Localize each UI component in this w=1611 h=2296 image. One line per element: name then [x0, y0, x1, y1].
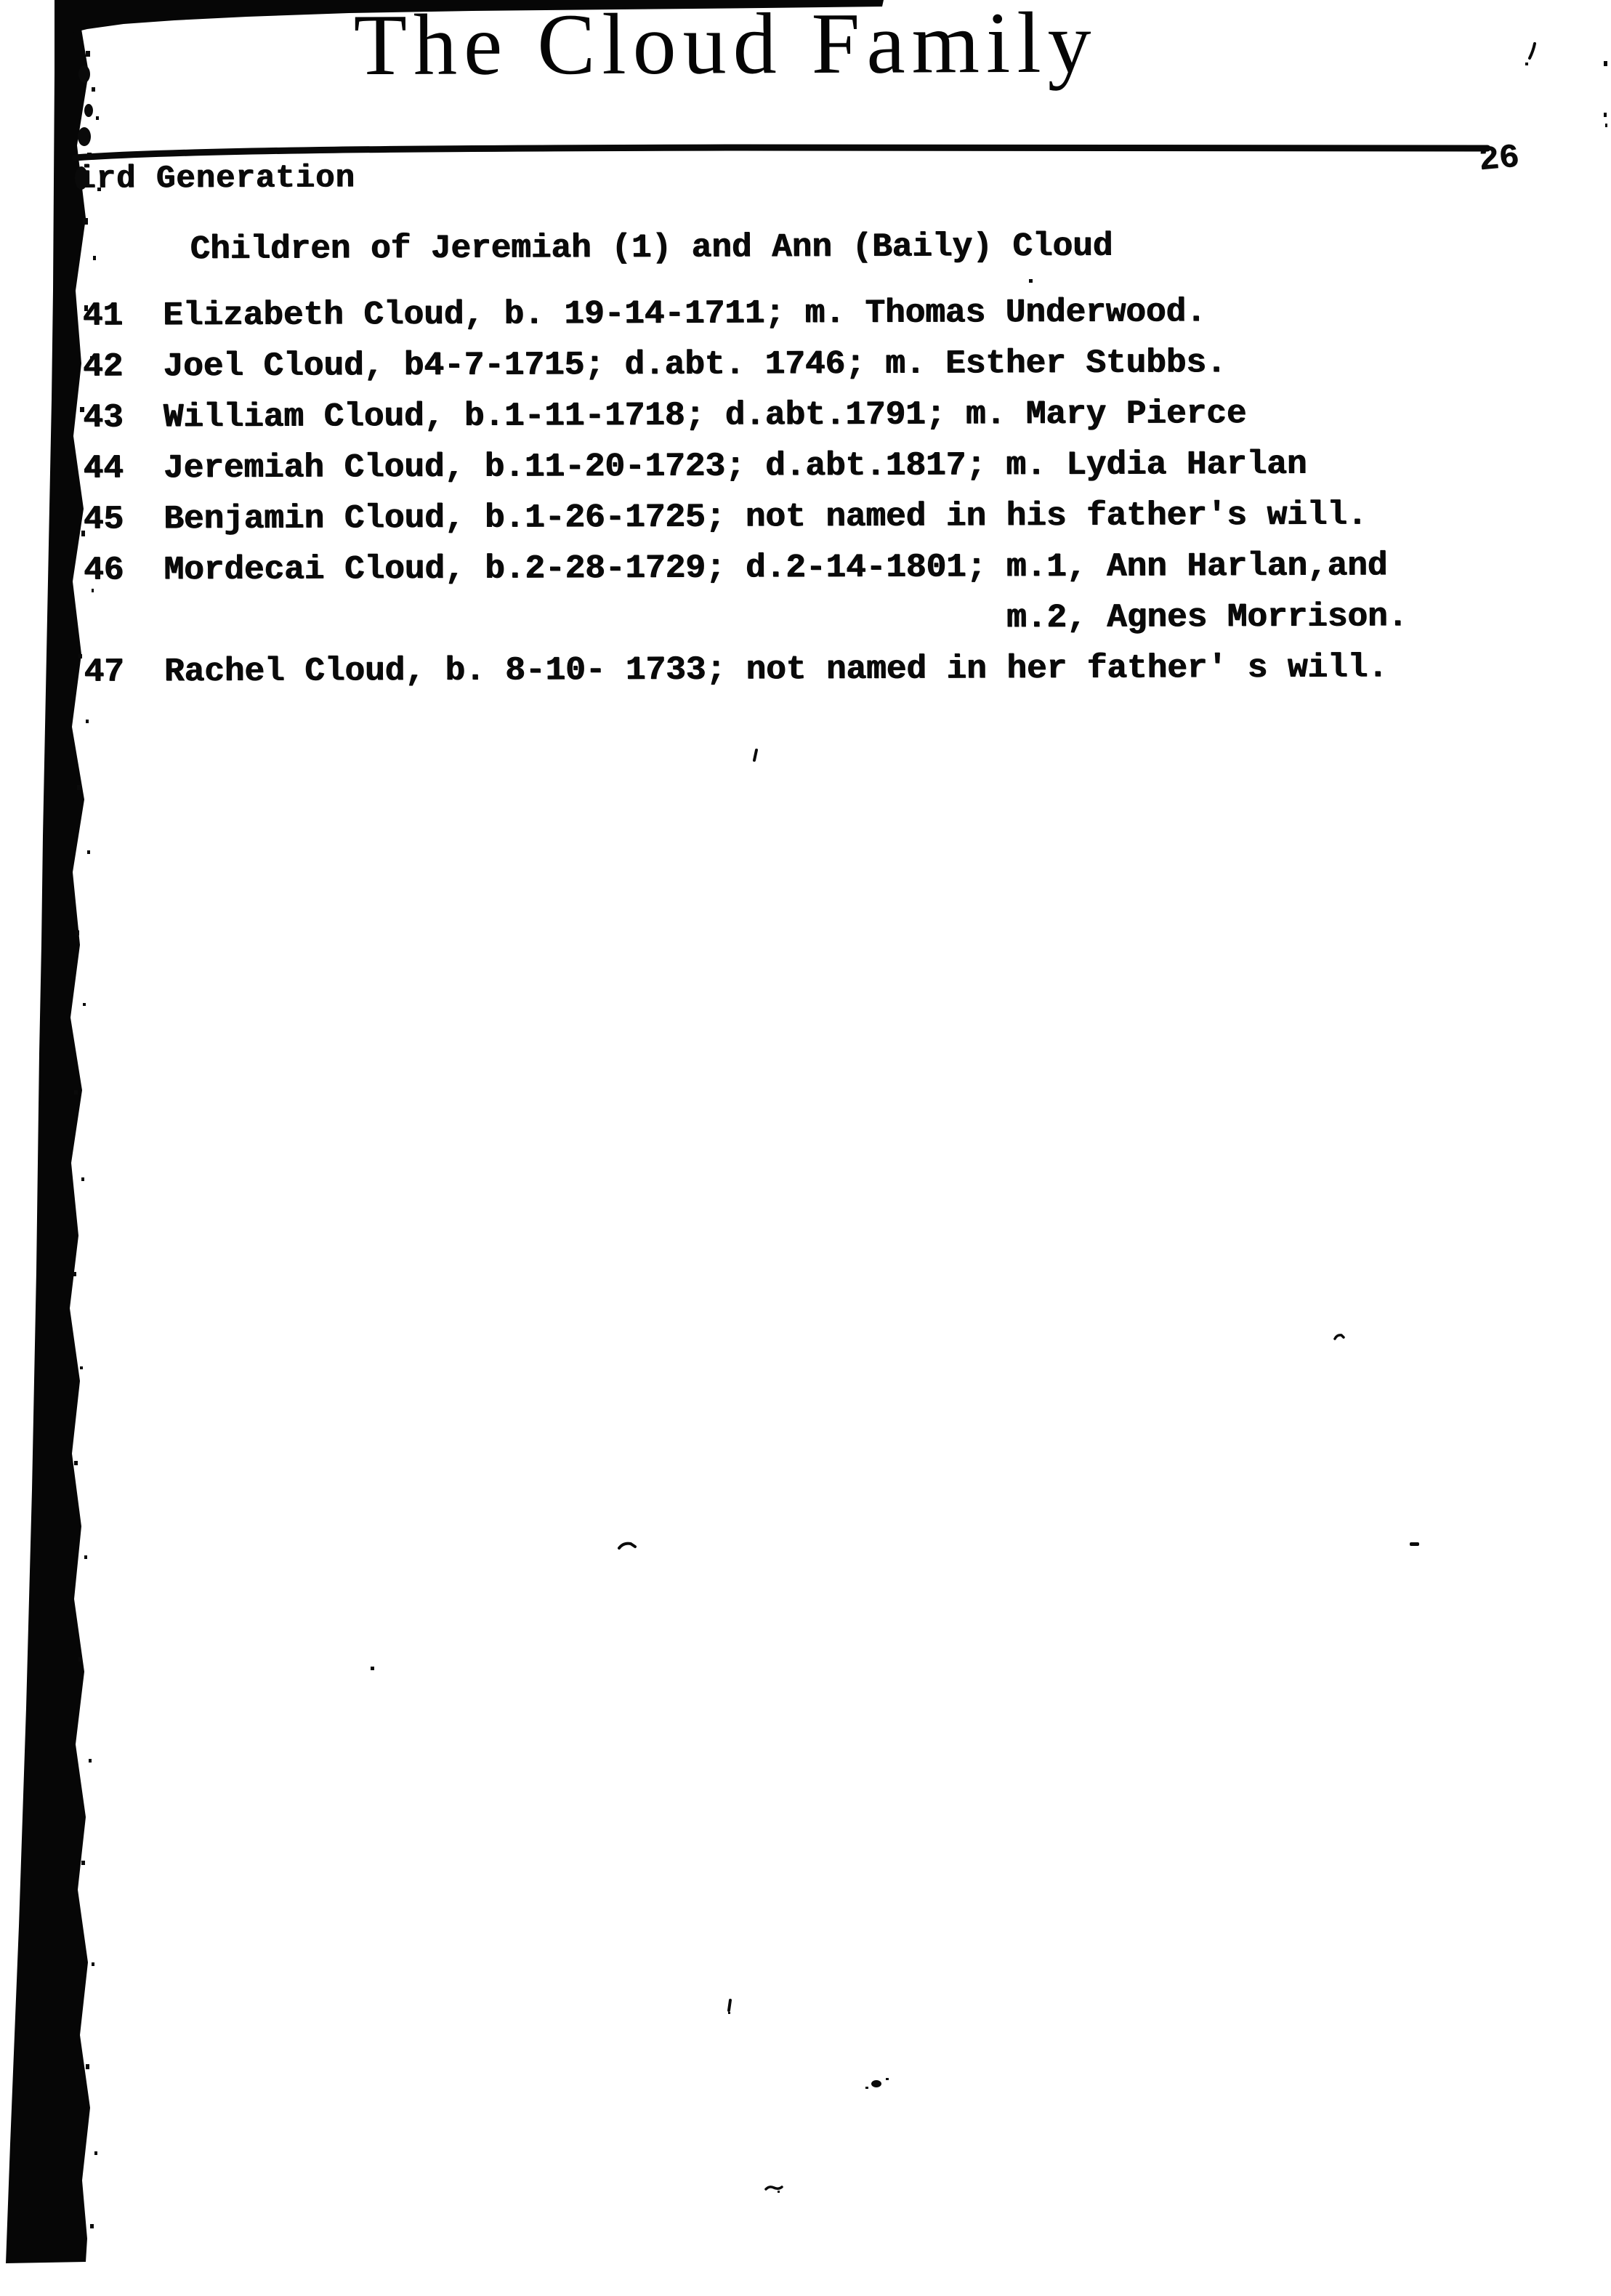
- entry-number: 42: [83, 341, 163, 392]
- entry-text: Rachel Cloud, b. 8-10- 1733; not named i…: [164, 648, 1388, 690]
- entry-text: Mordecai Cloud, b.2-28-1729; d.2-14-1801…: [164, 547, 1388, 589]
- entry-number: 43: [83, 392, 163, 443]
- entry-row: 47Rachel Cloud, b. 8-10- 1733; not named…: [84, 642, 1408, 697]
- entry-row: 41Elizabeth Cloud, b. 19-14-1711; m. Tho…: [83, 286, 1407, 341]
- entry-list: 41Elizabeth Cloud, b. 19-14-1711; m. Tho…: [83, 286, 1408, 697]
- entry-text: Jeremiah Cloud, b.11-20-1723; d.abt.1817…: [163, 446, 1307, 487]
- entry-row: 44Jeremiah Cloud, b.11-20-1723; d.abt.18…: [84, 438, 1408, 494]
- entry-row: 45Benjamin Cloud, b.1-26-1725; not named…: [84, 489, 1408, 544]
- entry-number: 47: [84, 646, 165, 697]
- entry-row: 46Mordecai Cloud, b.2-28-1729; d.2-14-18…: [84, 540, 1408, 595]
- entry-text: Joel Cloud, b4-7-1715; d.abt. 1746; m. E…: [163, 344, 1227, 385]
- entry-number: 41: [83, 290, 163, 341]
- entry-number: 46: [84, 544, 164, 595]
- entry-text: Elizabeth Cloud, b. 19-14-1711; m. Thoma…: [163, 293, 1206, 334]
- entry-text: William Cloud, b.1-11-1718; d.abt.1791; …: [163, 395, 1247, 436]
- page-title: The Cloud Family: [353, 0, 1097, 94]
- page-text: The Cloud Family 26 ird Generation Child…: [0, 0, 1611, 2296]
- page-number: 26: [1477, 138, 1521, 180]
- children-heading: Children of Jeremiah (1) and Ann (Baily)…: [190, 227, 1113, 268]
- scanned-genealogy-page: The Cloud Family 26 ird Generation Child…: [0, 0, 1611, 2296]
- section-heading: ird Generation: [76, 160, 355, 197]
- entry-text: m.2, Agnes Morrison.: [164, 597, 1408, 640]
- entry-text: Benjamin Cloud, b.1-26-1725; not named i…: [163, 496, 1367, 538]
- entry-row: 43William Cloud, b.1-11-1718; d.abt.1791…: [83, 387, 1407, 443]
- entry-number: 44: [84, 443, 164, 494]
- entry-row: m.2, Agnes Morrison.: [84, 591, 1408, 646]
- entry-row: 42Joel Cloud, b4-7-1715; d.abt. 1746; m.…: [83, 337, 1407, 392]
- entry-number: 45: [84, 494, 164, 544]
